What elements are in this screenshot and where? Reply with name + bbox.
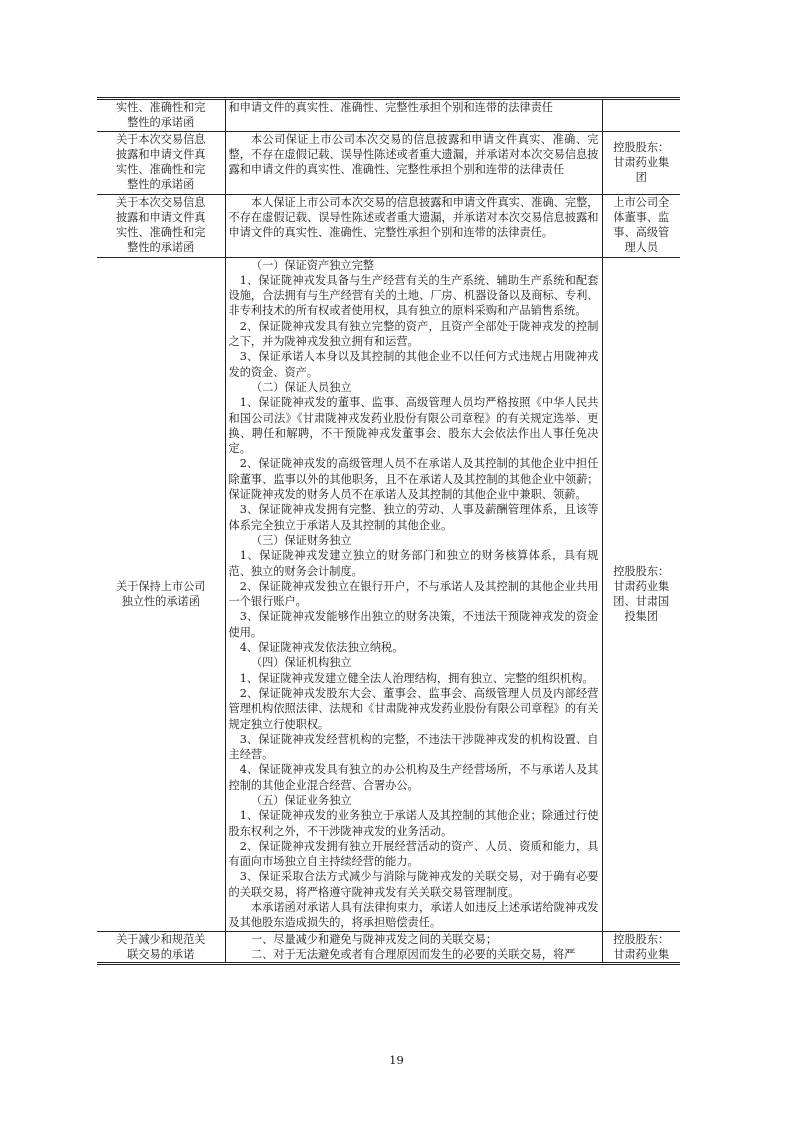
section-heading: （四）保证机构独立 <box>229 655 599 670</box>
party-line: 控股股东： <box>606 932 678 947</box>
commitment-name-line: 整性的承诺函 <box>100 115 222 130</box>
table-row: 实性、准确性和完 整性的承诺函 和申请文件的真实性、准确性、完整性承担个别和连带… <box>97 99 680 132</box>
section-heading: （三）保证财务独立 <box>229 533 599 548</box>
section-heading: （一）保证资产独立完整 <box>229 258 599 273</box>
page-number: 19 <box>0 1053 793 1067</box>
party-line: 投集团 <box>606 609 678 624</box>
binding-effect-paragraph: 本承诺函对承诺人具有法律拘束力，承诺人如违反上述承诺给陇神戎发及其他股东造成损失… <box>229 900 599 931</box>
party-line: 甘肃药业集 <box>606 947 678 962</box>
commitment-paragraph: 4、保证陇神戎发依法独立纳税。 <box>229 640 599 655</box>
commitment-paragraph: 1、保证陇神戎发的业务独立于承诺人及其控制的其他企业；除通过行使股东权利之外，不… <box>229 808 599 839</box>
party-line: 团、甘肃国 <box>606 594 678 609</box>
table-row: 关于保持上市公司 独立性的承诺函 （一）保证资产独立完整 1、保证陇神戎发具备与… <box>97 257 680 931</box>
commitment-name-line: 披露和申请文件真 <box>100 210 222 225</box>
commitment-name-line: 关于减少和规范关 <box>100 932 222 947</box>
commitment-paragraph: 3、保证陇神戎发能够作出独立的财务决策，不违法干预陇神戎发的资金使用。 <box>229 609 599 640</box>
party-line: 上市公司全 <box>606 195 678 210</box>
section-heading: （二）保证人员独立 <box>229 380 599 395</box>
commitment-name-line: 实性、准确性和完 <box>100 225 222 240</box>
commitment-paragraph: 2、保证陇神戎发股东大会、董事会、监事会、高级管理人员及内部经营管理机构依照法律… <box>229 686 599 732</box>
committing-party-cell: 上市公司全 体董事、监 事、高级管 理人员 <box>602 194 680 257</box>
commitment-paragraph: 3、保证陇神戎发拥有完整、独立的劳动、人事及薪酬管理体系，且该等体系完全独立于承… <box>229 502 599 533</box>
commitment-name-cell: 关于本次交易信息 披露和申请文件真 实性、准确性和完 整性的承诺函 <box>97 194 225 257</box>
commitment-content-cell: 和申请文件的真实性、准确性、完整性承担个别和连带的法律责任 <box>225 99 602 132</box>
table-row: 关于本次交易信息 披露和申请文件真 实性、准确性和完 整性的承诺函 本公司保证上… <box>97 131 680 194</box>
party-line: 事、高级管 <box>606 225 678 240</box>
commitment-name-line: 整性的承诺函 <box>100 240 222 255</box>
commitment-paragraph: 本公司保证上市公司本次交易的信息披露和申请文件真实、准确、完整，不存在虚假记载、… <box>229 132 599 178</box>
section-heading: （五）保证业务独立 <box>229 793 599 808</box>
party-line: 理人员 <box>606 240 678 255</box>
commitment-name-line: 独立性的承诺函 <box>100 594 222 609</box>
party-line: 体董事、监 <box>606 210 678 225</box>
commitments-table: 实性、准确性和完 整性的承诺函 和申请文件的真实性、准确性、完整性承担个别和连带… <box>97 97 680 965</box>
commitment-content-cell: 本公司保证上市公司本次交易的信息披露和申请文件真实、准确、完整，不存在虚假记载、… <box>225 131 602 194</box>
commitment-paragraph: 2、保证陇神戎发拥有独立开展经营活动的资产、人员、资质和能力，具有面向市场独立自… <box>229 839 599 870</box>
commitment-name-line: 披露和申请文件真 <box>100 147 222 162</box>
commitment-paragraph: 1、保证陇神戎发建立健全法人治理结构，拥有独立、完整的组织机构。 <box>229 671 599 686</box>
commitment-paragraph: 3、保证陇神戎发经营机构的完整，不违法干涉陇神戎发的机构设置、自主经营。 <box>229 732 599 763</box>
table-row: 关于减少和规范关 联交易的承诺 一、尽量减少和避免与陇神戎发之间的关联交易； 二… <box>97 931 680 964</box>
commitment-name-cell: 关于减少和规范关 联交易的承诺 <box>97 931 225 964</box>
commitment-name-line: 实性、准确性和完 <box>100 162 222 177</box>
party-line: 控股股东： <box>606 140 678 155</box>
commitment-paragraph: 1、保证陇神戎发的董事、监事、高级管理人员均严格按照《中华人民共和国公司法》《甘… <box>229 395 599 456</box>
commitment-paragraph: 4、保证陇神戎发具有独立的办公机构及生产经营场所，不与承诺人及其控制的其他企业混… <box>229 762 599 793</box>
party-line: 团 <box>606 170 678 185</box>
commitment-name-line: 联交易的承诺 <box>100 947 222 962</box>
commitment-content-cell: 一、尽量减少和避免与陇神戎发之间的关联交易； 二、对于无法避免或者有合理原因而发… <box>225 931 602 964</box>
committing-party-cell: 控股股东： 甘肃药业集 团、甘肃国 投集团 <box>602 257 680 931</box>
commitment-paragraph: 3、保证采取合法方式减少与消除与陇神戎发的关联交易，对于确有必要的关联交易，将严… <box>229 869 599 900</box>
commitment-paragraph: 1、保证陇神戎发建立独立的财务部门和独立的财务核算体系，具有规范、独立的财务会计… <box>229 548 599 579</box>
commitment-paragraph: 一、尽量减少和避免与陇神戎发之间的关联交易； <box>229 932 599 947</box>
commitment-paragraph: 二、对于无法避免或者有合理原因而发生的必要的关联交易，将严 <box>229 947 599 962</box>
party-line: 甘肃药业集 <box>606 579 678 594</box>
commitment-paragraph: 2、保证陇神戎发的高级管理人员不在承诺人及其控制的其他企业中担任除董事、监事以外… <box>229 456 599 502</box>
commitment-name-line: 关于保持上市公司 <box>100 579 222 594</box>
commitment-name-cell: 关于本次交易信息 披露和申请文件真 实性、准确性和完 整性的承诺函 <box>97 131 225 194</box>
table-row: 关于本次交易信息 披露和申请文件真 实性、准确性和完 整性的承诺函 本人保证上市… <box>97 194 680 257</box>
commitment-name-line: 整性的承诺函 <box>100 177 222 192</box>
committing-party-cell: 控股股东： 甘肃药业集 团 <box>602 131 680 194</box>
commitment-paragraph: 本人保证上市公司本次交易的信息披露和申请文件真实、准确、完整，不存在虚假记载、误… <box>229 195 599 241</box>
commitment-paragraph: 和申请文件的真实性、准确性、完整性承担个别和连带的法律责任 <box>229 100 599 115</box>
committing-party-cell <box>602 99 680 132</box>
commitment-paragraph: 1、保证陇神戎发具备与生产经营有关的生产系统、辅助生产系统和配套设施，合法拥有与… <box>229 273 599 319</box>
commitment-name-cell: 实性、准确性和完 整性的承诺函 <box>97 99 225 132</box>
committing-party-cell: 控股股东： 甘肃药业集 <box>602 931 680 964</box>
commitment-content-cell: （一）保证资产独立完整 1、保证陇神戎发具备与生产经营有关的生产系统、辅助生产系… <box>225 257 602 931</box>
commitment-name-line: 关于本次交易信息 <box>100 195 222 210</box>
party-line: 控股股东： <box>606 564 678 579</box>
commitment-content-cell: 本人保证上市公司本次交易的信息披露和申请文件真实、准确、完整，不存在虚假记载、误… <box>225 194 602 257</box>
commitment-name-line: 关于本次交易信息 <box>100 132 222 147</box>
commitment-paragraph: 2、保证陇神戎发独立在银行开户，不与承诺人及其控制的其他企业共用一个银行账户。 <box>229 579 599 610</box>
commitment-paragraph: 2、保证陇神戎发具有独立完整的资产，且资产全部处于陇神戎发的控制之下，并为陇神戎… <box>229 319 599 350</box>
commitment-paragraph: 3、保证承诺人本身以及其控制的其他企业不以任何方式违规占用陇神戎发的资金、资产。 <box>229 349 599 380</box>
party-line: 甘肃药业集 <box>606 155 678 170</box>
commitment-name-cell: 关于保持上市公司 独立性的承诺函 <box>97 257 225 931</box>
commitment-name-line: 实性、准确性和完 <box>100 100 222 115</box>
